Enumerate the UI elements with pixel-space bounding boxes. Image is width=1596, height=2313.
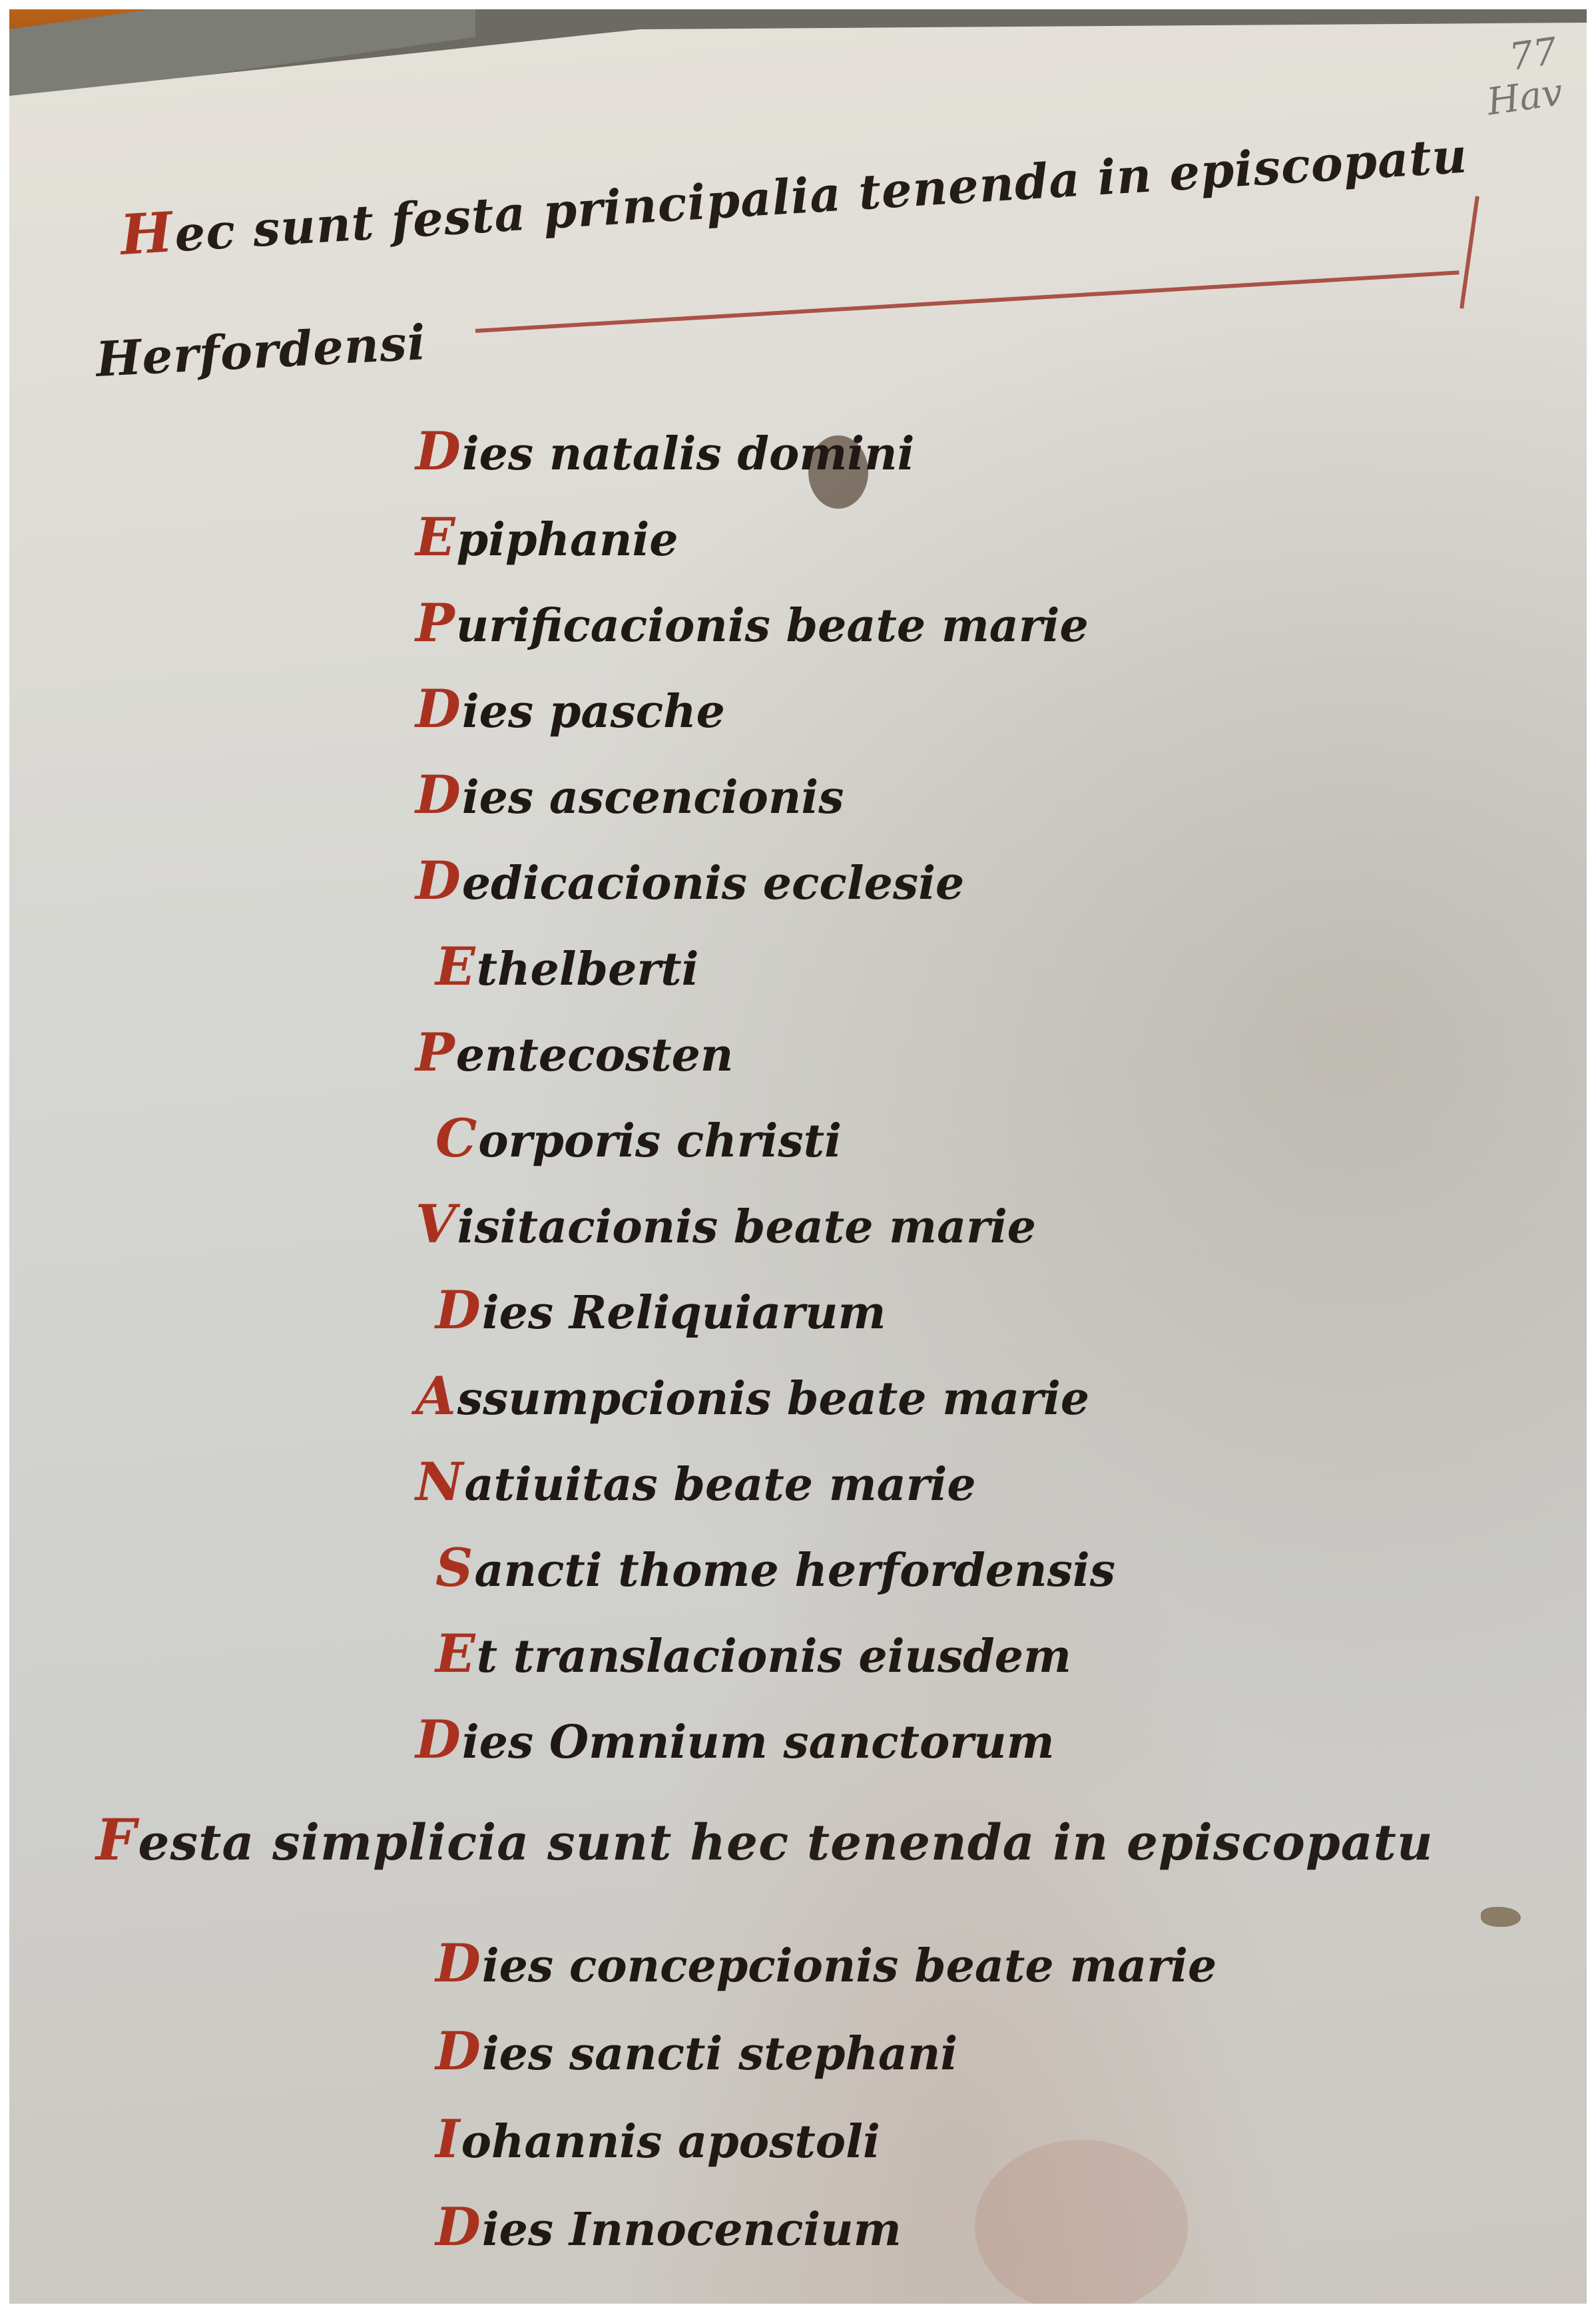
- rubricated-initial: A: [415, 1354, 456, 1439]
- rubricated-initial: D: [415, 838, 461, 924]
- rubricated-initial: D: [435, 2184, 481, 2272]
- simple-feasts-list: Dies concepcionis beate marie Dies sanct…: [435, 1920, 1216, 2272]
- rubricated-initial: I: [435, 2096, 460, 2184]
- feast-text: ies Reliquiarum: [482, 1286, 886, 1340]
- feast-item: Sancti thome herfordensis: [415, 1525, 1115, 1611]
- feast-text: ies concepcionis beate marie: [482, 1939, 1216, 1993]
- feast-text: ies Omnium sanctorum: [462, 1716, 1055, 1769]
- feast-item: Corporis christi: [415, 1096, 1115, 1182]
- rubricated-initial: E: [415, 495, 455, 581]
- heading-text: esta simplicia sunt hec tenenda in episc…: [138, 1814, 1433, 1872]
- folio-number: 77 Hav: [1479, 31, 1565, 123]
- feast-text: urificacionis beate marie: [456, 599, 1089, 652]
- feast-item: Dies concepcionis beate marie: [435, 1920, 1216, 2008]
- rubricated-initial: C: [435, 1096, 477, 1182]
- feast-text: ies ascencionis: [462, 771, 844, 824]
- heading-text: ec sunt festa principalia tenenda in epi…: [173, 127, 1469, 262]
- rubricated-initial: D: [415, 409, 461, 495]
- red-bracket-mark: [1460, 196, 1479, 308]
- feast-text: edicacionis ecclesie: [462, 857, 964, 910]
- feast-text: t translacionis eiusdem: [477, 1630, 1071, 1683]
- feast-item: Dies Reliquiarum: [415, 1268, 1115, 1354]
- rubricated-initial: E: [435, 1611, 475, 1697]
- feast-item: Dies natalis domini: [415, 409, 1115, 495]
- feast-text: entecosten: [456, 1029, 734, 1082]
- feast-item: Dies sancti stephani: [435, 2008, 1216, 2096]
- red-rule-line: [475, 270, 1460, 333]
- section-1-heading: Hec sunt festa principalia tenenda in ep…: [119, 120, 1469, 268]
- rubricated-initial: P: [415, 1010, 455, 1096]
- rubricated-initial: H: [119, 199, 175, 268]
- rubricated-initial: D: [415, 752, 461, 838]
- rubricated-initial: D: [415, 1697, 461, 1783]
- feast-item: Iohannis apostoli: [435, 2096, 1216, 2184]
- feast-text: orporis christi: [478, 1115, 842, 1168]
- feast-text: thelberti: [477, 943, 699, 996]
- rubricated-initial: D: [435, 1268, 481, 1354]
- feast-item: Epiphanie: [415, 495, 1115, 581]
- rubricated-initial: V: [415, 1182, 456, 1268]
- rubricated-initial: D: [435, 2008, 481, 2096]
- feast-text: ies pasche: [462, 685, 725, 738]
- feast-text: ancti thome herfordensis: [474, 1544, 1115, 1597]
- feast-item: Dies ascencionis: [415, 752, 1115, 838]
- rubricated-initial: S: [435, 1525, 473, 1611]
- feast-item: Dedicacionis ecclesie: [415, 838, 1115, 924]
- feast-text: ies sancti stephani: [482, 2027, 957, 2081]
- rubricated-initial: D: [435, 1920, 481, 2008]
- feast-item: Purificacionis beate marie: [415, 581, 1115, 666]
- principal-feasts-list: Dies natalis domini Epiphanie Purificaci…: [415, 409, 1115, 1783]
- folio-annotation: Hav: [1485, 72, 1565, 123]
- feast-item: Et translacionis eiusdem: [415, 1611, 1115, 1697]
- section-2-heading: Festa simplicia sunt hec tenenda in epis…: [96, 1807, 1434, 1874]
- small-stain: [1481, 1907, 1521, 1927]
- rubricated-initial: E: [435, 924, 475, 1010]
- feast-item: Assumpcionis beate marie: [415, 1354, 1115, 1439]
- feast-text: ies natalis domini: [462, 427, 915, 481]
- feast-text: ohannis apostoli: [461, 2115, 880, 2169]
- feast-text: piphanie: [457, 513, 678, 567]
- feast-text: ssumpcionis beate marie: [457, 1372, 1089, 1425]
- rubricated-initial: D: [415, 666, 461, 752]
- rubricated-initial: F: [96, 1807, 136, 1874]
- feast-item: Dies Omnium sanctorum: [415, 1697, 1115, 1783]
- feast-item: Dies Innocencium: [435, 2184, 1216, 2272]
- feast-item: Ethelberti: [415, 924, 1115, 1010]
- feast-item: Visitacionis beate marie: [415, 1182, 1115, 1268]
- feast-text: isitacionis beate marie: [457, 1200, 1036, 1254]
- feast-item: Natiuitas beate marie: [415, 1439, 1115, 1525]
- manuscript-photo: 77 Hav Hec sunt festa principalia tenend…: [9, 9, 1587, 2304]
- feast-text: atiuitas beate marie: [464, 1458, 975, 1511]
- rubricated-initial: P: [415, 581, 455, 666]
- section-1-heading-continuation: Herfordensi: [95, 314, 427, 387]
- manuscript-page: 77 Hav Hec sunt festa principalia tenend…: [9, 9, 1587, 2304]
- rubricated-initial: N: [415, 1439, 463, 1525]
- feast-text: ies Innocencium: [482, 2203, 902, 2256]
- feast-item: Pentecosten: [415, 1010, 1115, 1096]
- feast-item: Dies pasche: [415, 666, 1115, 752]
